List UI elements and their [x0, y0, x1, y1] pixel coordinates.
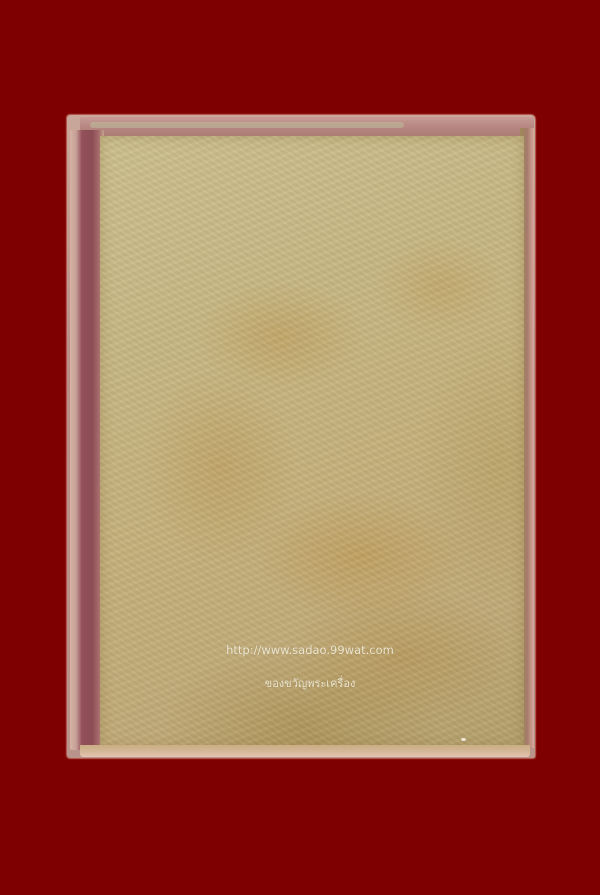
paper-speck	[461, 738, 466, 741]
watermark-url: http://www.sadao.99wat.com	[200, 643, 420, 657]
book-bottom-edge	[80, 745, 530, 757]
book-spine	[70, 130, 104, 750]
watermark-caption: ของขวัญพระเครื่อง	[200, 674, 420, 692]
photo-background: http://www.sadao.99wat.com ของขวัญพระเคร…	[0, 0, 600, 895]
